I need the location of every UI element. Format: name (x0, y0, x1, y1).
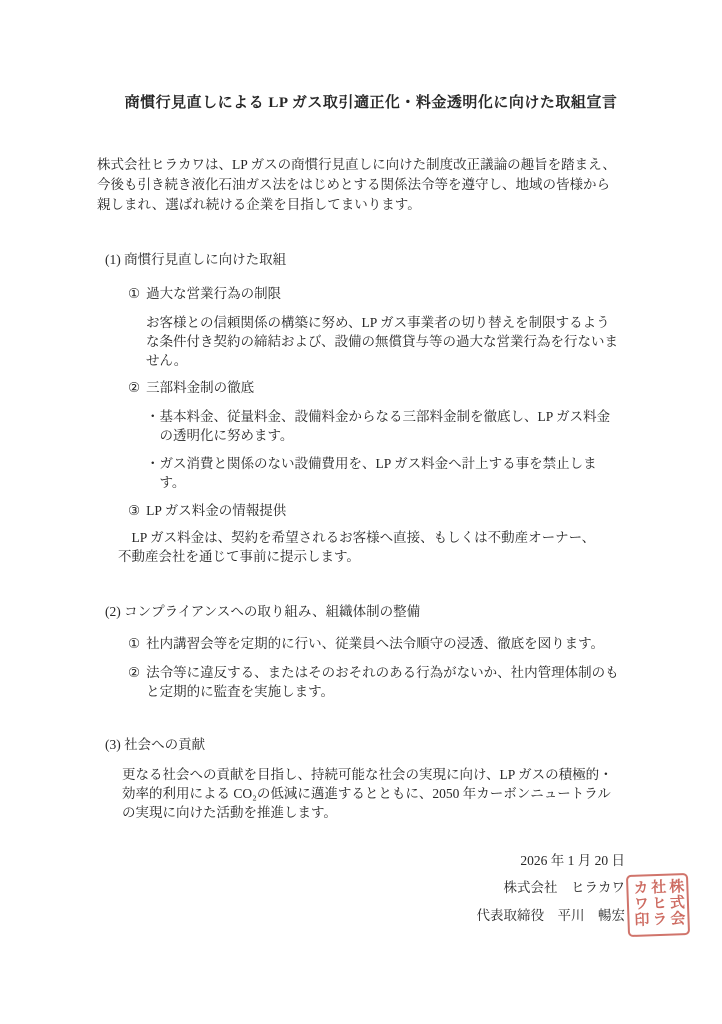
signature-company: 株式会社 ヒラカワ (97, 878, 625, 897)
circled-1-marker: ① (128, 634, 140, 653)
company-seal-text: 株式会社ヒラカワ印 (630, 878, 686, 932)
intro-paragraph: 株式会社ヒラカワは、LP ガスの商慣行見直しに向けた制度改正議論の趣旨を踏まえ、… (97, 155, 645, 215)
circled-2-marker: ② (128, 378, 140, 397)
section-1-item-1-body: お客様との信頼関係の構築に努め、LP ガス事業者の切り替えを制限するよう な条件… (146, 313, 645, 370)
section-2-item-1: ① 社内講習会等を定期的に行い、従業員へ法令順守の浸透、徹底を図ります。 (128, 634, 645, 653)
section-2-label: (2) コンプライアンスへの取り組み、組織体制の整備 (105, 602, 645, 621)
document-content: 商慣行見直しによる LP ガス取引適正化・料金透明化に向けた取組宣言 株式会社ヒ… (97, 93, 645, 925)
document-title: 商慣行見直しによる LP ガス取引適正化・料金透明化に向けた取組宣言 (97, 93, 645, 113)
section-2-item-2: ② 法令等に違反する、またはそのおそれのある行為がないか、社内管理体制のも と定… (128, 663, 645, 701)
item-heading-text: LP ガス料金の情報提供 (146, 501, 286, 520)
section-1-item-1-heading: ① 過大な営業行為の制限 (128, 284, 645, 303)
circled-1-marker: ① (128, 284, 140, 303)
section-1-label: (1) 商慣行見直しに向けた取組 (105, 250, 645, 269)
circled-2-marker: ② (128, 663, 140, 682)
section-1-item-3-heading: ③ LP ガス料金の情報提供 (128, 501, 645, 520)
section-1-item-3-body: LP ガス料金は、契約を希望されるお客様へ直接、もしくは不動産オーナー、 不動産… (118, 528, 645, 566)
section-1-item-2-bullet-2: ・ガス消費と関係のない設備費用を、LP ガス料金へ計上する事を禁止しま す。 (146, 454, 645, 492)
item-text: 法令等に違反する、またはそのおそれのある行為がないか、社内管理体制のも と定期的… (146, 663, 619, 701)
section-1-item-2-heading: ② 三部料金制の徹底 (128, 378, 645, 397)
signature-block: 2026 年 1 月 20 日 株式会社 ヒラカワ 代表取締役 平川 暢宏 (97, 851, 645, 925)
signature-representative: 代表取締役 平川 暢宏 (97, 906, 625, 925)
document-page: 商慣行見直しによる LP ガス取引適正化・料金透明化に向けた取組宣言 株式会社ヒ… (0, 0, 722, 1024)
item-heading-text: 三部料金制の徹底 (146, 378, 254, 397)
item-text: 社内講習会等を定期的に行い、従業員へ法令順守の浸透、徹底を図ります。 (146, 634, 604, 653)
company-seal-stamp: 株式会社ヒラカワ印 (626, 873, 690, 937)
section-3-body: 更なる社会への貢献を目指し、持続可能な社会の実現に向け、LP ガスの積極的・ 効… (122, 765, 645, 822)
section-1-item-2-bullet-1: ・基本料金、従量料金、設備料金からなる三部料金制を徹底し、LP ガス料金 の透明… (146, 407, 645, 445)
item-heading-text: 過大な営業行為の制限 (146, 284, 281, 303)
circled-3-marker: ③ (128, 501, 140, 520)
section-3-label: (3) 社会への貢献 (105, 735, 645, 754)
signature-date: 2026 年 1 月 20 日 (97, 851, 625, 870)
